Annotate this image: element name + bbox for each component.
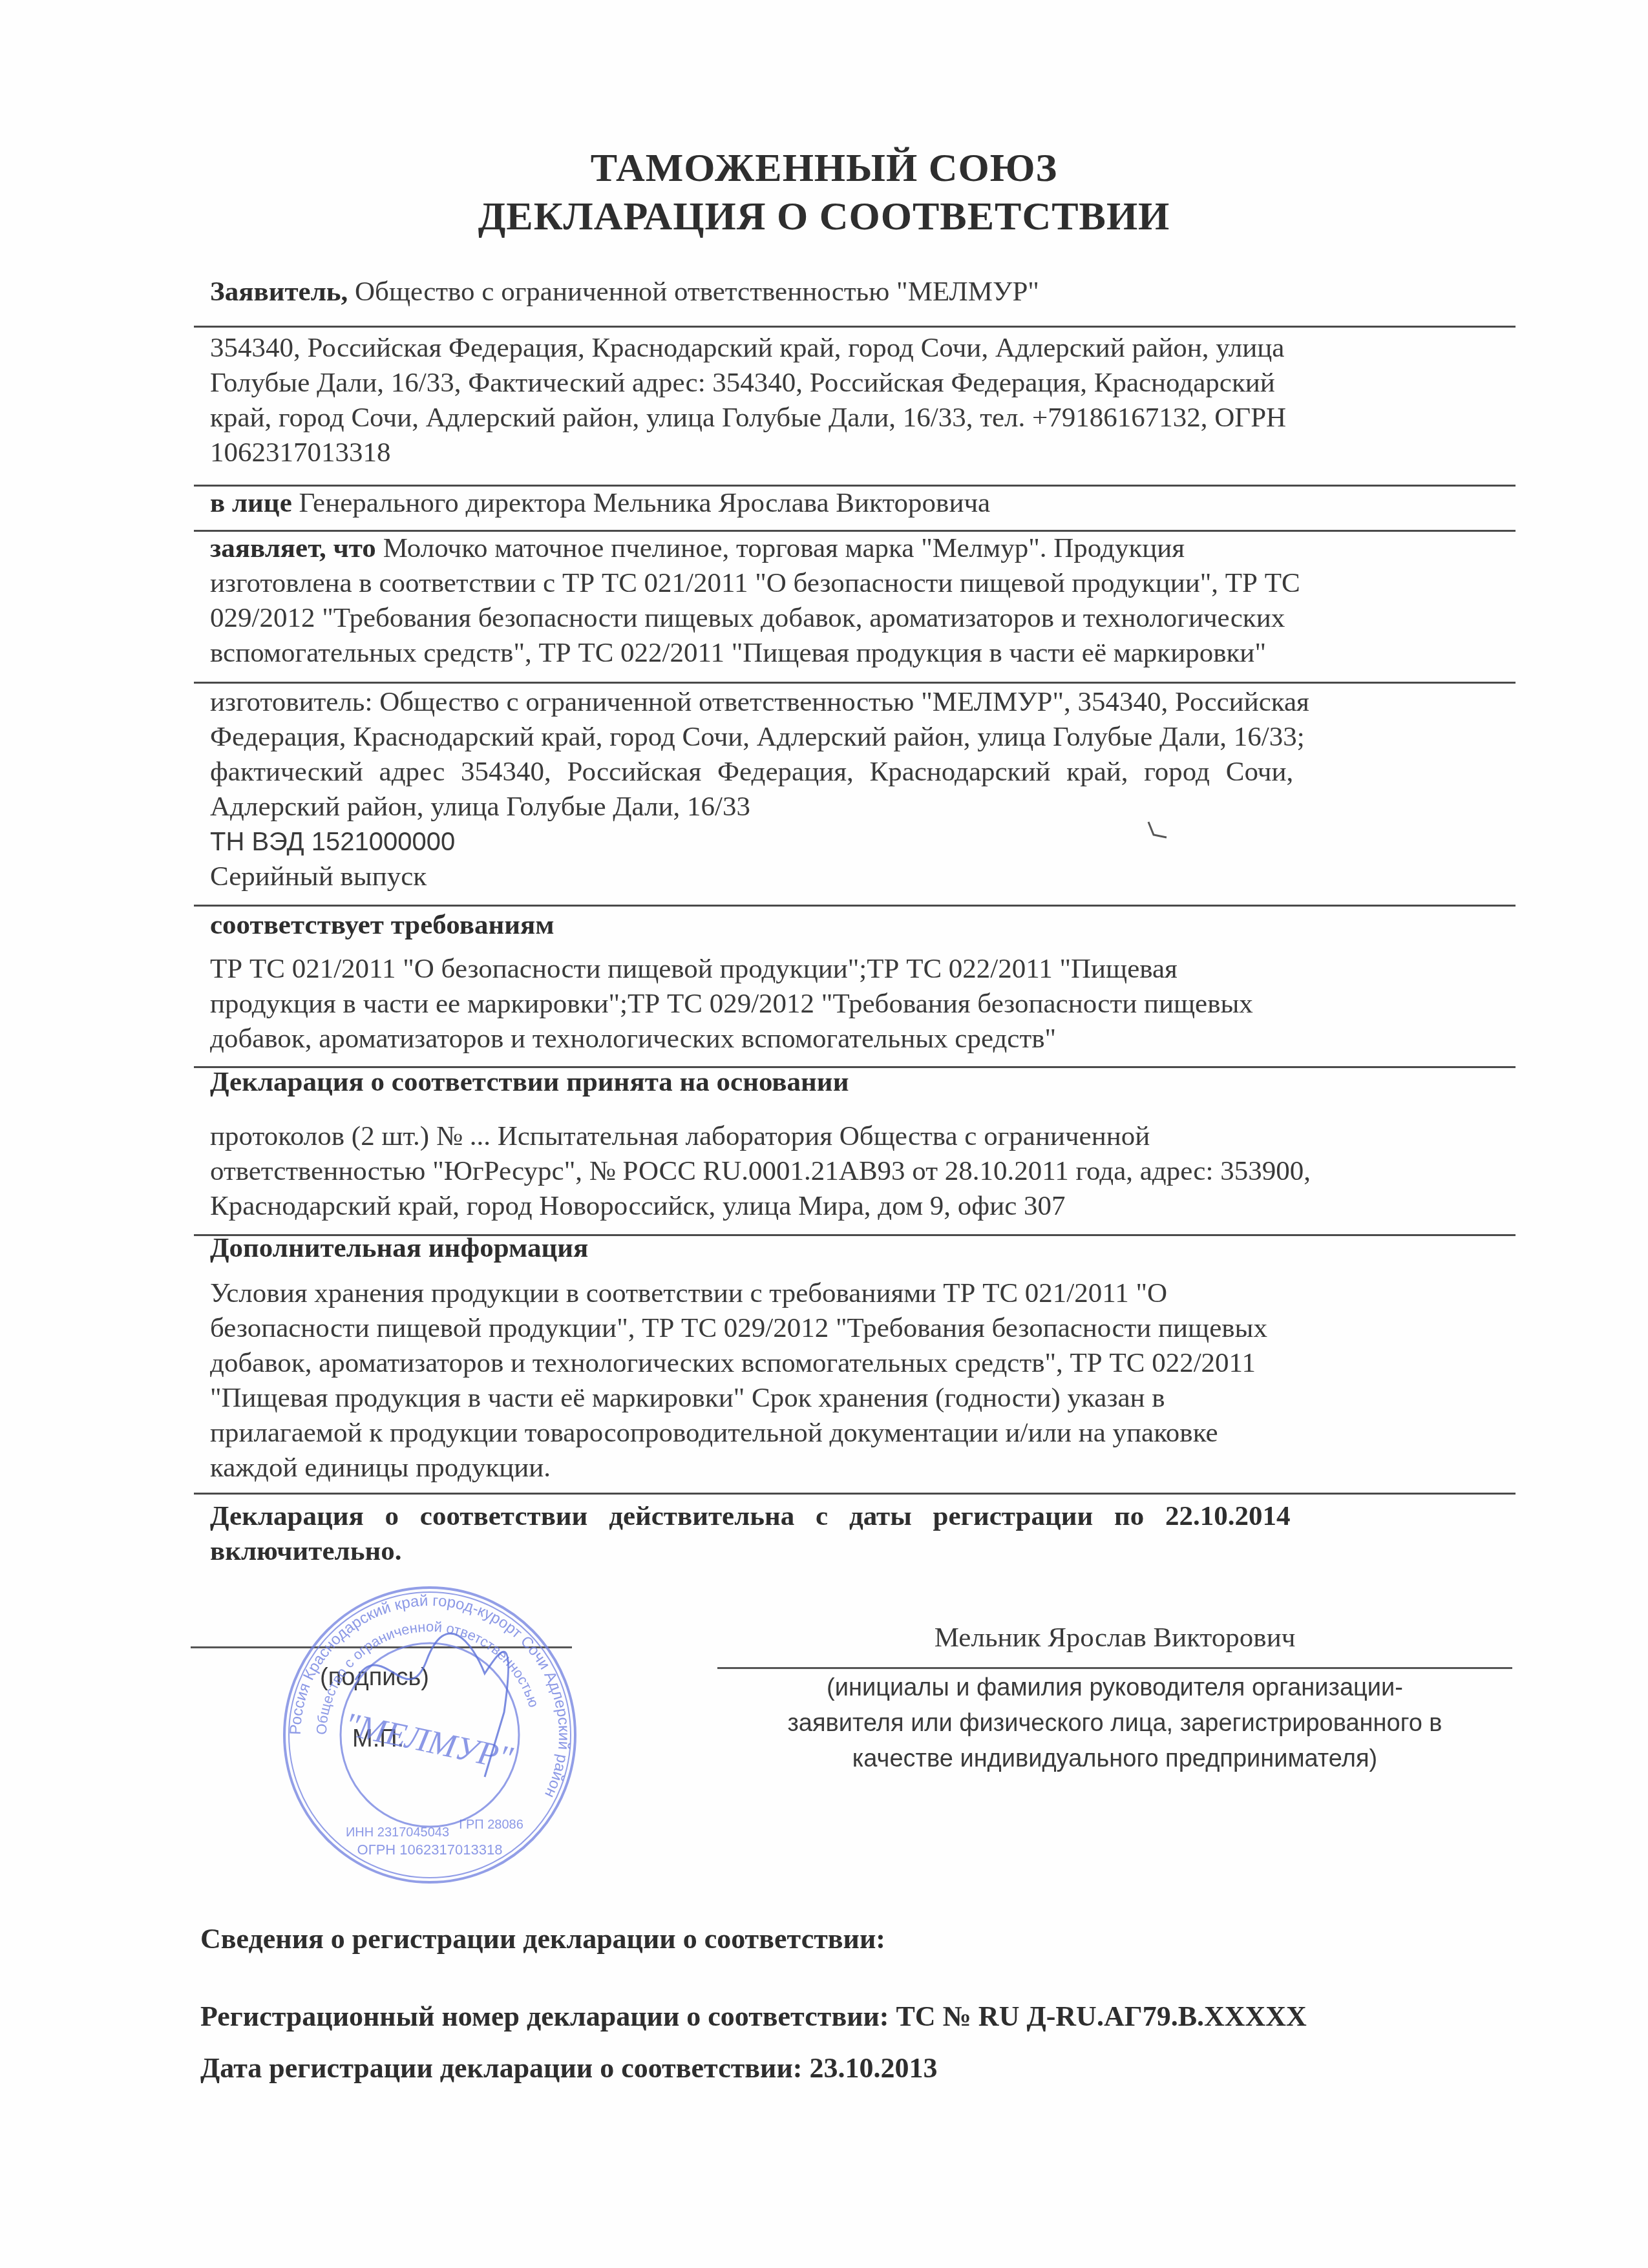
stamp-inn: ИНН 2317045043 — [346, 1825, 449, 1840]
applicant-label: Заявитель, — [210, 277, 348, 307]
declares-line: 029/2012 "Требования безопасности пищевы… — [210, 601, 1522, 636]
divider — [194, 326, 1516, 328]
represented-by-row: в лице Генерального директора Мельника Я… — [210, 486, 1522, 521]
manufacturer-line: фактический адрес 354340, Российская Фед… — [210, 755, 1522, 790]
company-seal-stamp: Россия Краснодарский край город-курорт С… — [278, 1583, 582, 1887]
signer-caption-line: качестве индивидуального предпринимателя… — [717, 1741, 1512, 1777]
address-line: 354340, Российская Федерация, Краснодарс… — [210, 331, 1522, 366]
stamp-ogrn: ОГРН 1062317013318 — [357, 1842, 503, 1858]
declares-line: Молочко маточное пчелиное, торговая марк… — [383, 533, 1185, 563]
conforms-line: ТР ТС 021/2011 "О безопасности пищевой п… — [210, 952, 1522, 987]
additional-info-line: "Пищевая продукция в части её маркировки… — [210, 1381, 1522, 1416]
address-line: 1062317013318 — [210, 436, 1522, 470]
basis-label: Декларация о соответствии принята на осн… — [210, 1067, 849, 1097]
declares-section: заявляет, что Молочко маточное пчелиное,… — [210, 531, 1522, 671]
manufacturer-line: изготовитель: Общество с ограниченной от… — [210, 685, 1522, 720]
address-line: край, город Сочи, Адлерский район, улица… — [210, 401, 1522, 436]
divider — [194, 905, 1516, 907]
conforms-label: соответствует требованиям — [210, 910, 555, 940]
divider — [194, 682, 1516, 684]
signer-caption-line: заявителя или физического лица, зарегист… — [717, 1706, 1512, 1741]
additional-info-line: каждой единицы продукции. — [210, 1451, 1522, 1486]
validity-line: включительно. — [210, 1534, 1522, 1569]
basis-line: протоколов (2 шт.) № ... Испытательная л… — [210, 1119, 1522, 1154]
signer-name-line — [717, 1667, 1512, 1669]
additional-info-section: Дополнительная информация Условия хранен… — [210, 1231, 1522, 1486]
divider — [194, 1493, 1516, 1495]
conforms-line: продукция в части ее маркировки";ТР ТС 0… — [210, 987, 1522, 1022]
signer-name: Мельник Ярослав Викторович — [717, 1622, 1512, 1654]
manufacturer-line: Адлерский район, улица Голубые Дали, 16/… — [210, 790, 1522, 824]
manufacturer-line: Федерация, Краснодарский край, город Соч… — [210, 720, 1522, 755]
declares-line: вспомогательных средств", ТР ТС 022/2011… — [210, 636, 1522, 671]
stamp-grp: ГРП 28086 — [459, 1818, 523, 1832]
header-customs-union: ТАМОЖЕННЫЙ СОЮЗ — [0, 145, 1648, 191]
applicant-value: Общество с ограниченной ответственностью… — [355, 277, 1039, 307]
represented-by-value: Генерального директора Мельника Ярослава… — [299, 488, 990, 518]
tn-ved-code: ТН ВЭД 1521000000 — [210, 824, 1522, 859]
applicant-row: Заявитель, Общество с ограниченной ответ… — [210, 275, 1522, 310]
signer-caption-line: (инициалы и фамилия руководителя организ… — [717, 1670, 1512, 1706]
conforms-line: добавок, ароматизаторов и технологически… — [210, 1022, 1522, 1056]
basis-section: Декларация о соответствии принята на осн… — [210, 1065, 1522, 1224]
declaration-page: ТАМОЖЕННЫЙ СОЮЗ ДЕКЛАРАЦИЯ О СООТВЕТСТВИ… — [0, 0, 1648, 2268]
applicant-address: 354340, Российская Федерация, Краснодарс… — [210, 331, 1522, 470]
represented-by-label: в лице — [210, 488, 292, 518]
declares-label: заявляет, что — [210, 533, 376, 563]
additional-info-line: безопасности пищевой продукции", ТР ТС 0… — [210, 1311, 1522, 1346]
validity-line: Декларация о соответствии действительна … — [210, 1499, 1522, 1534]
header-declaration-title: ДЕКЛАРАЦИЯ О СООТВЕТСТВИИ — [0, 194, 1648, 240]
signer-caption: (инициалы и фамилия руководителя организ… — [717, 1670, 1512, 1777]
declares-line: изготовлена в соответствии с ТР ТС 021/2… — [210, 566, 1522, 601]
basis-line: Краснодарский край, город Новороссийск, … — [210, 1189, 1522, 1224]
registration-date: Дата регистрации декларации о соответств… — [200, 2052, 937, 2084]
additional-info-line: Условия хранения продукции в соответстви… — [210, 1276, 1522, 1311]
conforms-section: соответствует требованиям ТР ТС 021/2011… — [210, 908, 1522, 1056]
additional-info-label: Дополнительная информация — [210, 1233, 588, 1263]
basis-line: ответственностью "ЮгРесурс", № РОСС RU.0… — [210, 1154, 1522, 1189]
address-line: Голубые Дали, 16/33, Фактический адрес: … — [210, 366, 1522, 401]
additional-info-line: добавок, ароматизаторов и технологически… — [210, 1346, 1522, 1381]
stamp-center-name: "МЕЛМУР" — [341, 1706, 516, 1778]
registration-heading: Сведения о регистрации декларации о соот… — [200, 1922, 885, 1955]
registration-number: Регистрационный номер декларации о соотв… — [200, 2000, 1307, 2033]
manufacturer-section: изготовитель: Общество с ограниченной от… — [210, 685, 1522, 894]
release-type: Серийный выпуск — [210, 859, 1522, 894]
additional-info-line: прилагаемой к продукции товаросопроводит… — [210, 1416, 1522, 1451]
validity-statement: Декларация о соответствии действительна … — [210, 1499, 1522, 1569]
pen-mark-icon — [1147, 821, 1173, 840]
